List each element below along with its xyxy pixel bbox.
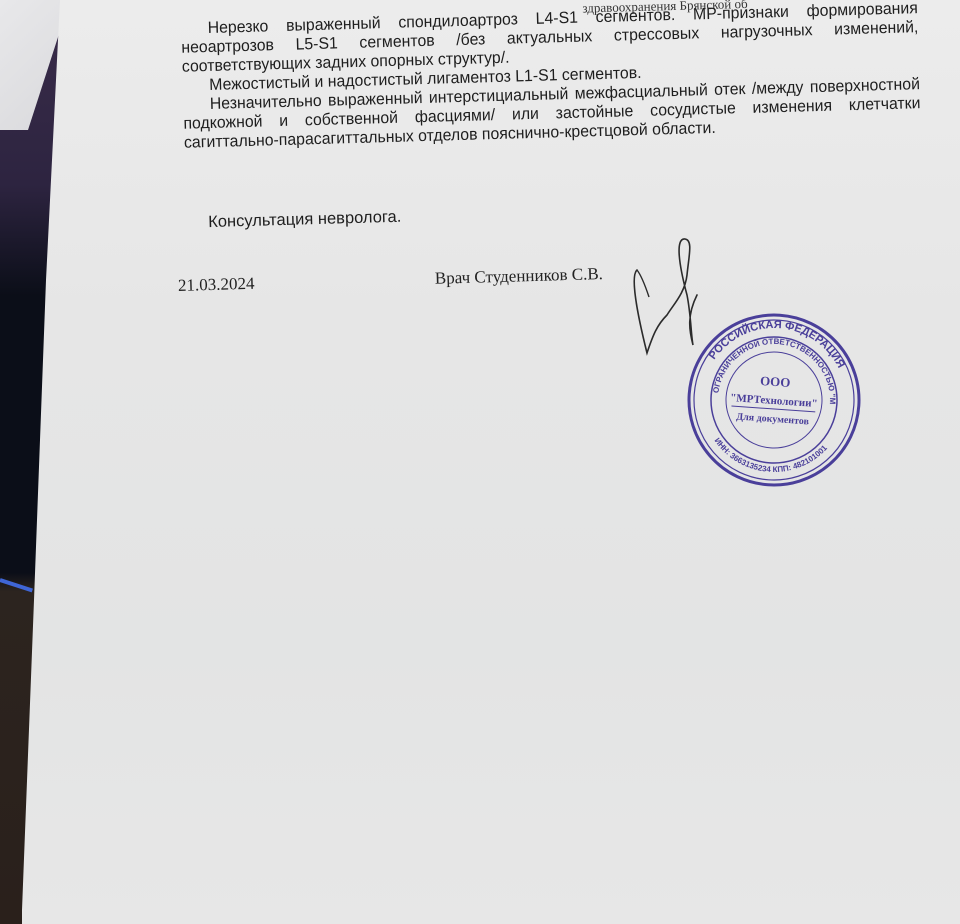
doctor-name: Врач Студенников С.В.: [435, 264, 604, 289]
document-page: от 23.06.202 здравоохранения Брянской об…: [22, 0, 960, 924]
document-date: 21.03.2024: [178, 274, 255, 296]
recommendation: Консультация невролога.: [208, 208, 402, 232]
svg-text:Для документов: Для документов: [736, 411, 810, 427]
company-stamp-icon: РОССИЙСКАЯ ФЕДЕРАЦИЯ ОБЩЕСТВО С ОГРАНИЧЕ…: [680, 306, 868, 494]
findings-text: Нерезко выраженный спондилоартроз L4-S1 …: [181, 0, 922, 153]
svg-text:ООО: ООО: [760, 373, 791, 390]
